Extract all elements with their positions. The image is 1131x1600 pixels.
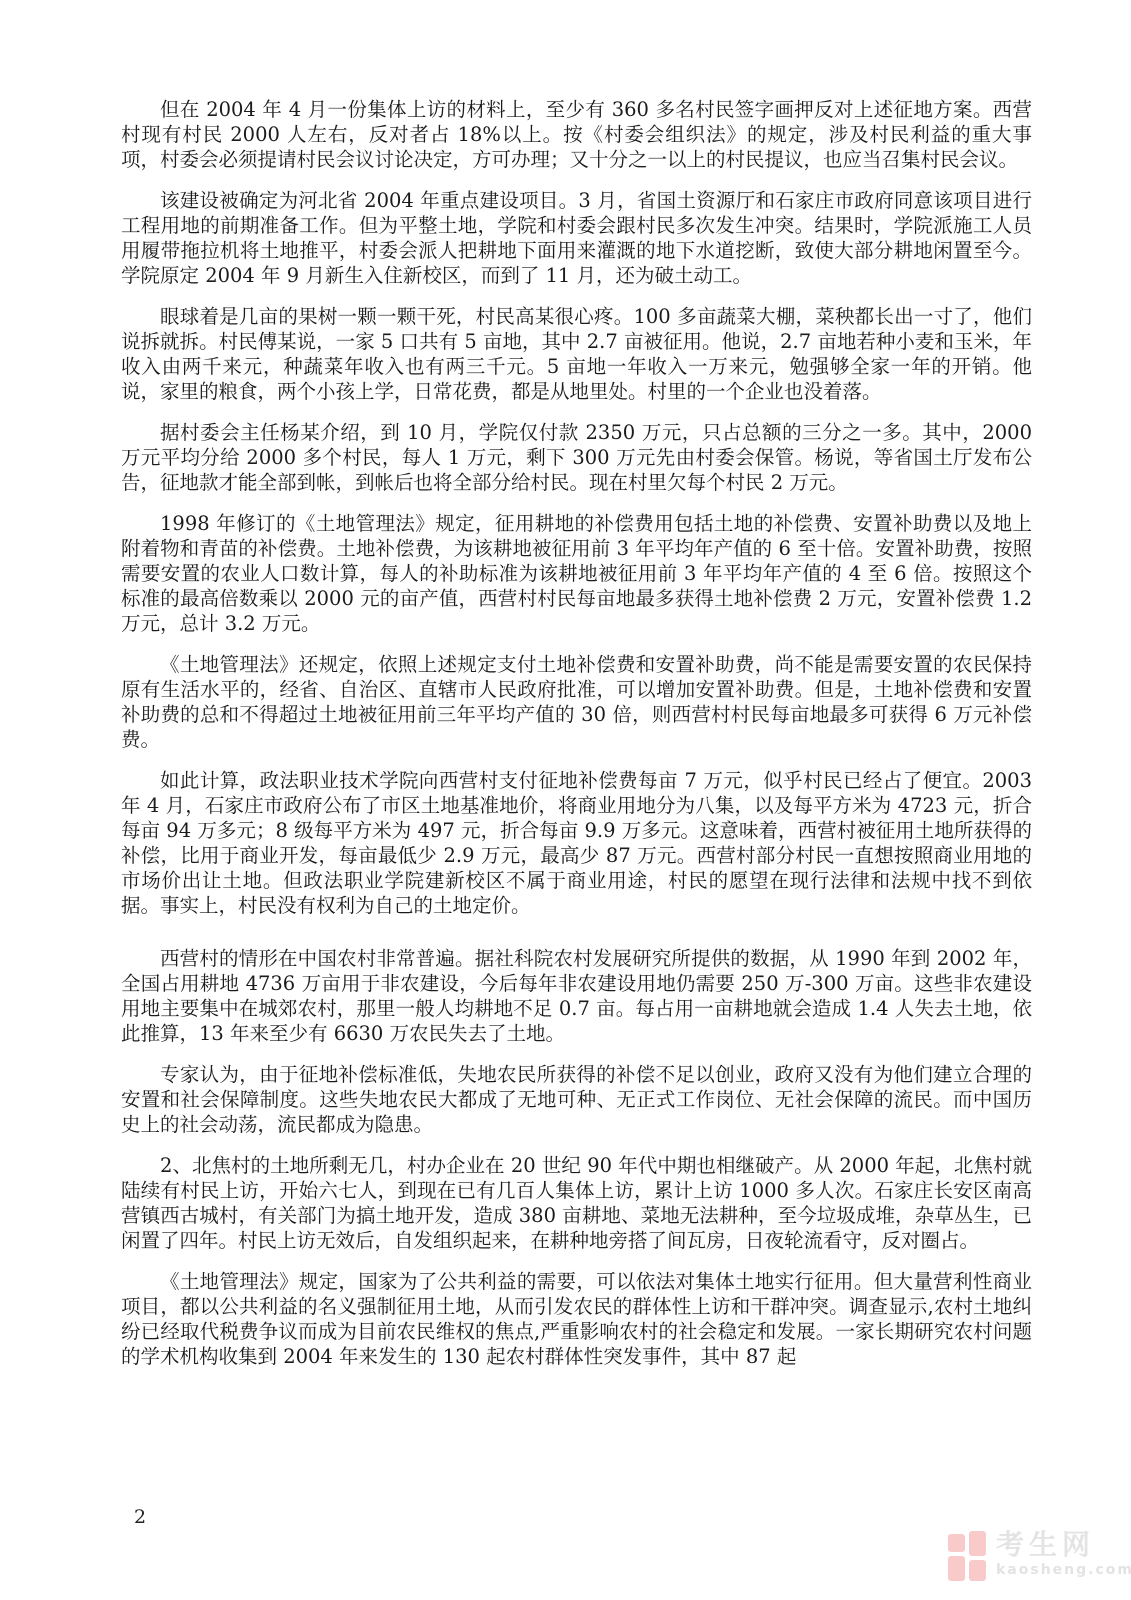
document-page: 但在 2004 年 4 月一份集体上访的材料上，至少有 360 多名村民签字画押… <box>0 0 1131 1600</box>
paragraph-4: 据村委会主任杨某介绍，到 10 月，学院仅付款 2350 万元，只占总额的三分之… <box>121 420 1032 495</box>
paragraph-3: 眼球着是几亩的果树一颗一颗干死，村民高某很心疼。100 多亩蔬菜大棚，菜秧都长出… <box>121 304 1032 404</box>
paragraph-10: 2、北焦村的土地所剩无几，村办企业在 20 世纪 90 年代中期也相继破产。从 … <box>121 1153 1032 1253</box>
kaosheng-logo-icon <box>946 1530 986 1582</box>
paragraph-5: 1998 年修订的《土地管理法》规定，征用耕地的补偿费用包括土地的补偿费、安置补… <box>121 511 1032 636</box>
paragraph-1: 但在 2004 年 4 月一份集体上访的材料上，至少有 360 多名村民签字画押… <box>121 97 1032 172</box>
paragraph-9: 专家认为，由于征地补偿标准低，失地农民所获得的补偿不足以创业，政府又没有为他们建… <box>121 1062 1032 1137</box>
paragraph-8: 西营村的情形在中国农村非常普遍。据社科院农村发展研究所提供的数据，从 1990 … <box>121 946 1032 1046</box>
paragraph-7: 如此计算，政法职业技术学院向西营村支付征地补偿费每亩 7 万元，似乎村民已经占了… <box>121 768 1032 918</box>
watermark-site-url: kaosheng.com <box>996 1562 1131 1578</box>
paragraph-11: 《土地管理法》规定，国家为了公共利益的需要，可以依法对集体土地实行征用。但大量营… <box>121 1269 1032 1369</box>
page-number: 2 <box>134 1506 146 1528</box>
watermark-site-name: 考生网 <box>996 1530 1131 1560</box>
paragraph-6: 《土地管理法》还规定，依照上述规定支付土地补偿费和安置补助费，尚不能是需要安置的… <box>121 652 1032 752</box>
paragraph-2: 该建设被确定为河北省 2004 年重点建设项目。3 月，省国土资源厅和石家庄市政… <box>121 188 1032 288</box>
kaosheng-watermark: 考生网 kaosheng.com <box>946 1530 1131 1582</box>
document-body: 但在 2004 年 4 月一份集体上访的材料上，至少有 360 多名村民签字画押… <box>121 97 1032 1385</box>
